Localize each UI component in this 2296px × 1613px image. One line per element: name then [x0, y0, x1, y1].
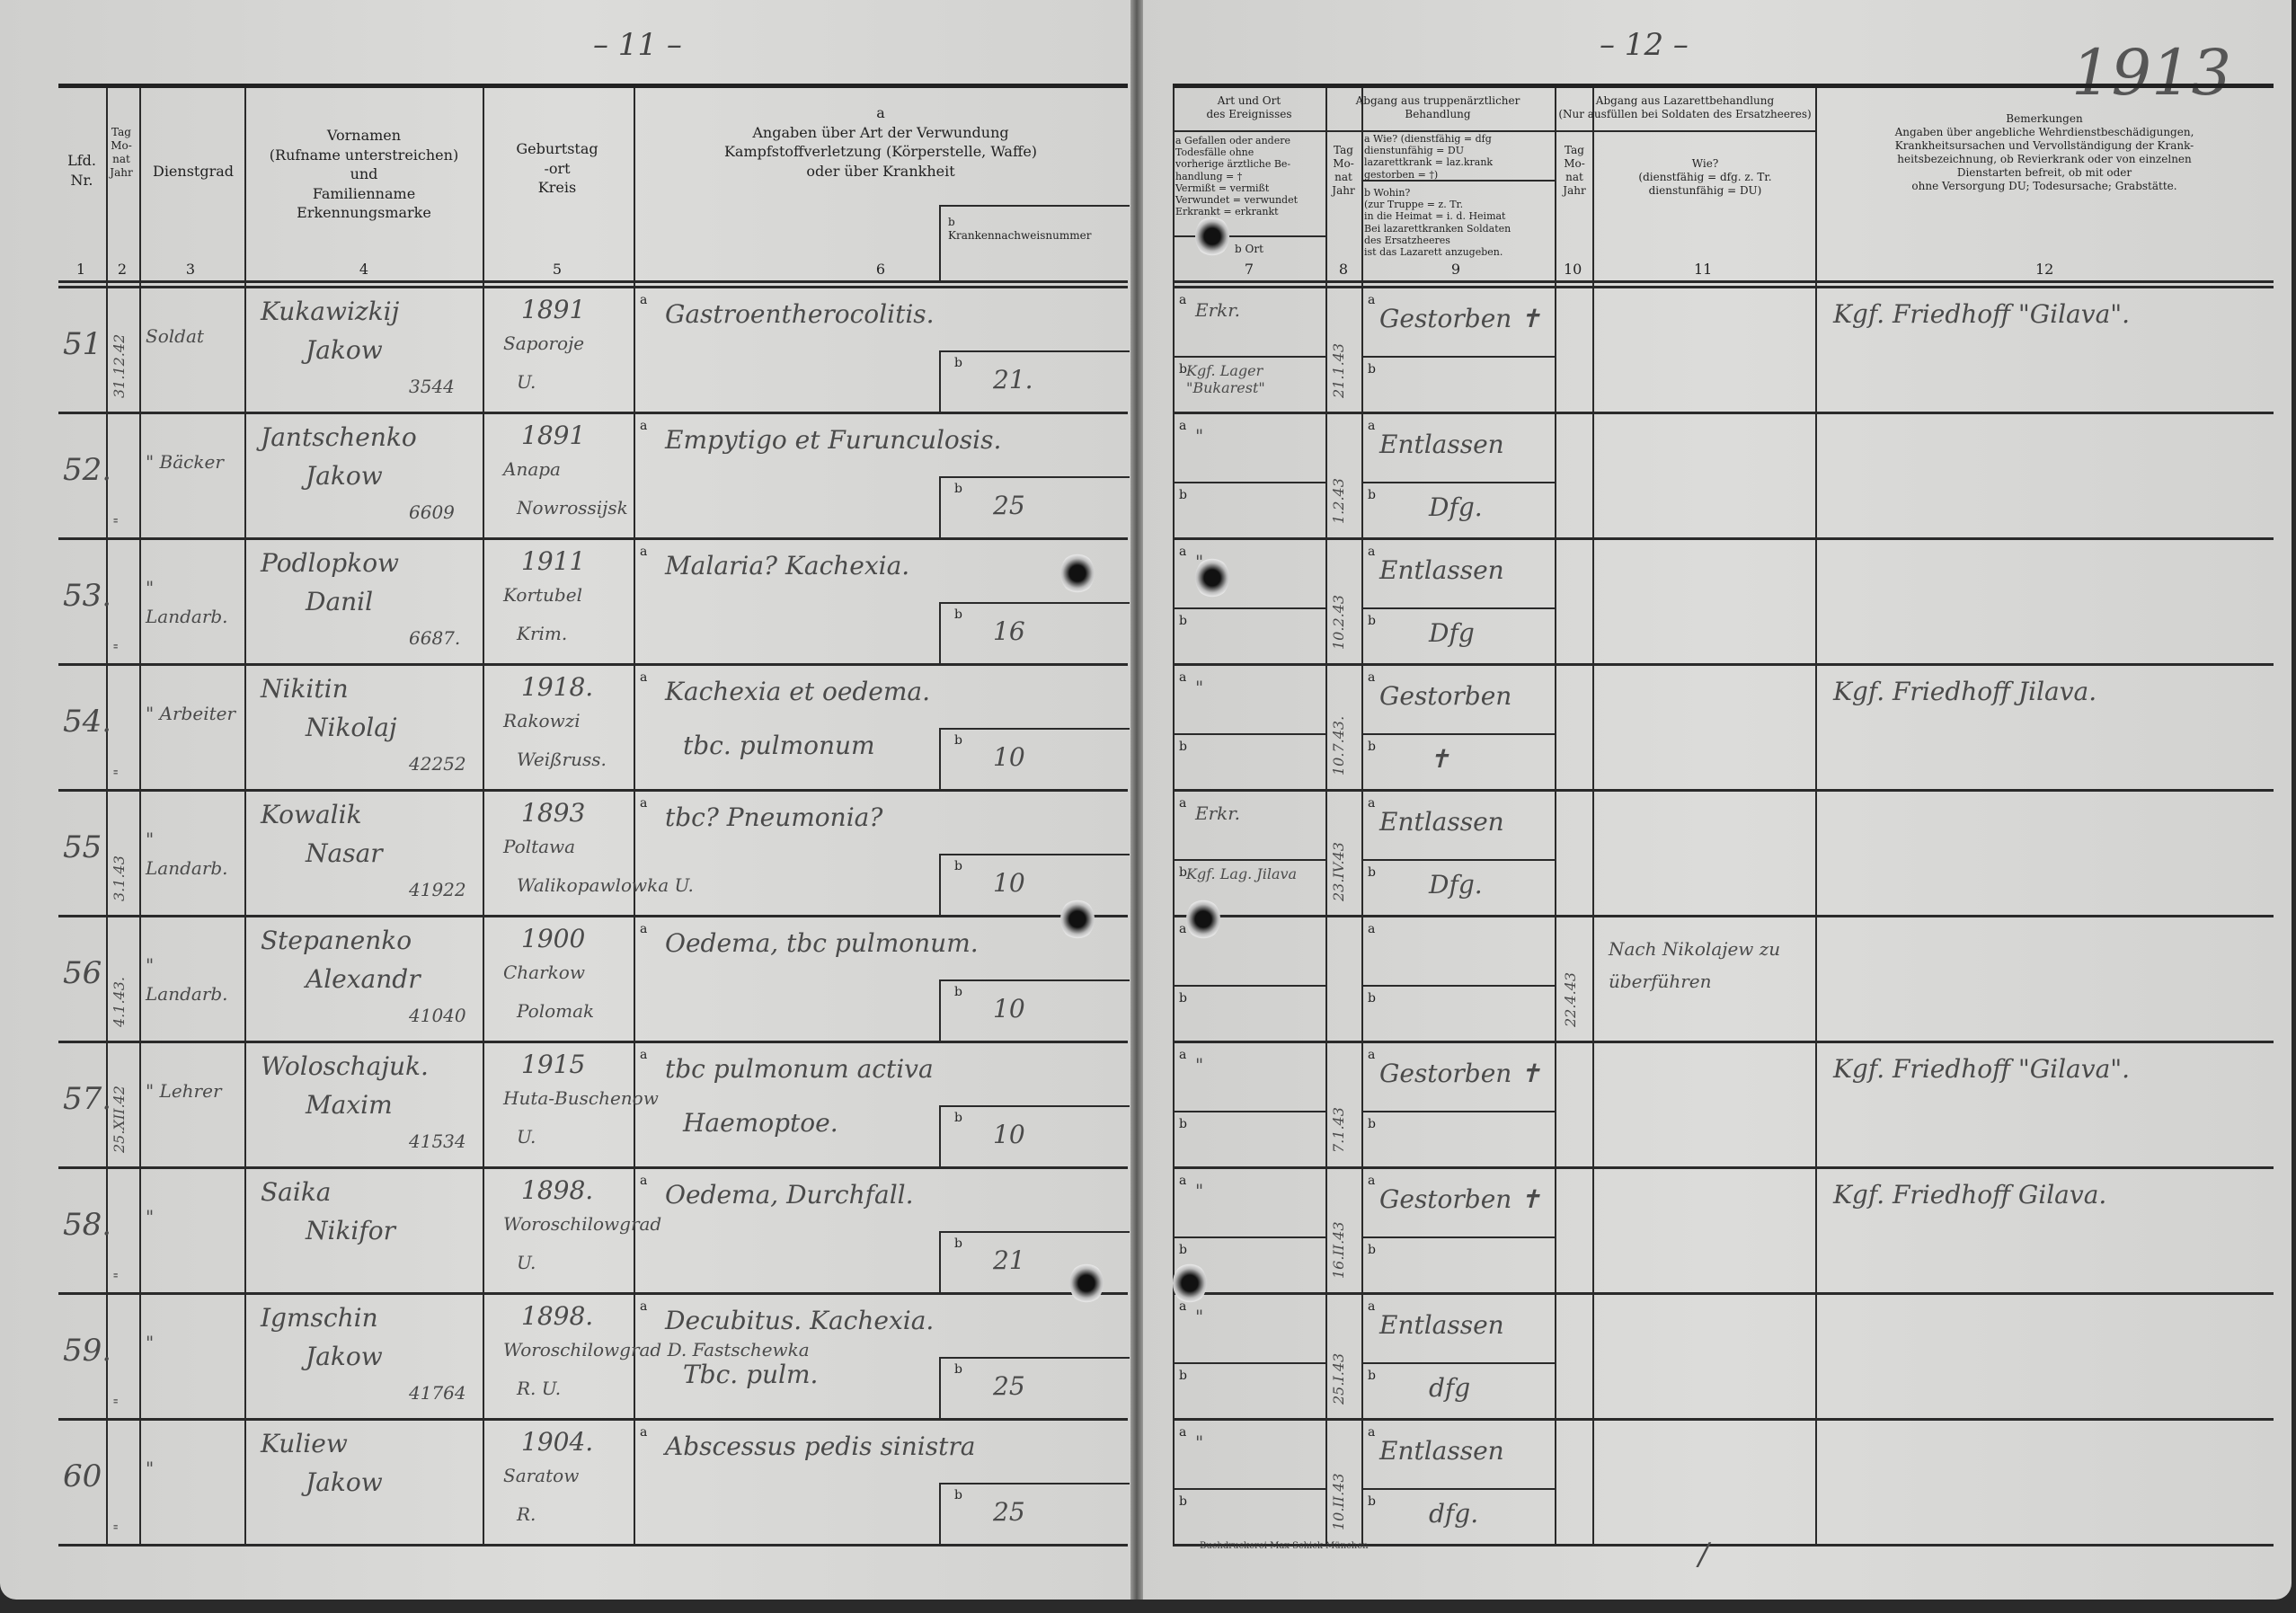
cell-split [1173, 1488, 1325, 1490]
entry-date: 31.12.42 [111, 334, 128, 398]
surname: Podlopkow [261, 548, 399, 578]
sub-label-a: a [1179, 670, 1186, 685]
sub-label-b: b [1368, 1494, 1376, 1509]
sub-label-a: a [1179, 293, 1186, 307]
header-col1: Lfd. Nr. [59, 151, 104, 190]
row-number: 60 [63, 1458, 102, 1494]
rank: " Landarb. [146, 825, 240, 882]
header-top-rule-right [1173, 84, 2274, 88]
event-place: Kgf. Lag. Jilava [1186, 865, 1321, 882]
sub-label-a: a [1179, 545, 1186, 559]
sub-label-b: b [954, 859, 962, 873]
header-rule [1173, 130, 1815, 132]
sick-record-number: 21. [993, 365, 1033, 394]
exit-status: Gestorben ✝ [1379, 1184, 1541, 1214]
sub-label-b: b [954, 1111, 962, 1125]
sub-label-b: b [1179, 1243, 1187, 1257]
column-divider [634, 88, 635, 1544]
event-type: " [1195, 1180, 1203, 1201]
row-rule [1173, 915, 2274, 917]
exit-date: 7.1.43 [1330, 1107, 1347, 1153]
column-divider [139, 88, 141, 1544]
identity-tag: 41040 [409, 1005, 466, 1026]
header-col5: Geburtstag-ortKreis [485, 139, 629, 198]
column-number: 7 [1240, 261, 1258, 278]
cell-split [1361, 733, 1555, 735]
event-type: Erkr. [1195, 299, 1240, 321]
sub-label-a: a [1368, 796, 1375, 811]
exit-date: 25.I.43 [1330, 1353, 1347, 1405]
column-divider [1325, 88, 1327, 1544]
cell-split [1361, 1111, 1555, 1112]
rank: Soldat [146, 322, 240, 350]
district: Weißruss. [517, 749, 607, 770]
column-number: 10 [1564, 261, 1582, 278]
punch-hole [1186, 899, 1220, 940]
birth-place: Saporoje [503, 332, 584, 354]
event-type: " [1195, 425, 1203, 447]
birth-place: Charkow [503, 962, 585, 983]
entry-date: 3.1.43 [111, 855, 128, 901]
book-gutter [1130, 0, 1143, 1600]
sub-label-b: b [1368, 865, 1376, 880]
diagnosis-secondary: Tbc. pulm. [683, 1360, 818, 1389]
birth-year: 1893 [521, 798, 585, 828]
column-number: 11 [1694, 261, 1712, 278]
sub-label-b: b [1179, 1117, 1187, 1131]
sub-label-b: b [954, 733, 962, 748]
exit-date: 10.7.43. [1330, 716, 1347, 775]
birth-year: 1904. [521, 1427, 593, 1457]
rank: " Landarb. [146, 951, 240, 1008]
column-divider [483, 88, 484, 1544]
header-col4: Vornamen(Rufname unterstreichen)undFamil… [247, 126, 481, 223]
sick-record-number: 10 [993, 868, 1025, 898]
cell-split [1173, 482, 1325, 483]
header-col7-title: Art und Ortdes Ereignisses [1173, 94, 1325, 121]
column-number: 4 [355, 261, 373, 278]
sick-record-number: 10 [993, 742, 1025, 772]
diagnosis: Decubitus. Kachexia. [665, 1306, 934, 1335]
diagnosis: Kachexia et oedema. [665, 677, 930, 706]
identity-tag: 42252 [409, 753, 466, 775]
district: U. [517, 371, 536, 393]
header-col11: Wie?(dienstfähig = dfg. z. Tr.dienstunfä… [1595, 157, 1815, 198]
birth-year: 1915 [521, 1050, 585, 1079]
birth-place: Rakowzi [503, 710, 581, 731]
sub-label-a: a [640, 1299, 647, 1314]
column-divider [244, 88, 246, 1544]
sub-label-b: b [1368, 740, 1376, 754]
header-col6b: bKrankennachweisnummer [948, 216, 1119, 243]
exit-date: 10.2.43 [1330, 595, 1347, 650]
exit-status: Entlassen [1379, 807, 1504, 837]
sick-record-number: 10 [993, 1120, 1025, 1149]
column-divider [1173, 88, 1175, 1544]
sub-label-a: a [1368, 293, 1375, 307]
district: Krim. [517, 623, 567, 644]
exit-destination: Dfg. [1429, 492, 1483, 522]
column-number: 3 [182, 261, 199, 278]
kn-box [939, 979, 1130, 1042]
sick-record-number: 10 [993, 994, 1025, 1024]
sub-label-a: a [640, 293, 647, 307]
sub-label-b: b [954, 607, 962, 622]
surname: Woloschajuk. [261, 1051, 429, 1081]
cell-split [1173, 607, 1325, 609]
first-name: Jakow [306, 1342, 383, 1371]
surname: Saika [261, 1177, 332, 1207]
sub-label-b: b [1179, 614, 1187, 628]
entry-date: " [111, 518, 128, 524]
first-name: Danil [306, 587, 373, 616]
sub-label-a: a [1179, 1425, 1186, 1440]
header-top-rule [58, 84, 1128, 88]
rank: " [146, 1328, 240, 1357]
sub-label-b: b [1179, 740, 1187, 754]
row-number: 57. [63, 1081, 111, 1117]
diagnosis: Gastroentherocolitis. [665, 299, 935, 329]
diagnosis: tbc? Pneumonia? [665, 802, 882, 832]
punch-hole [1060, 899, 1095, 940]
birth-place: Kortubel [503, 584, 582, 606]
entry-date: 4.1.43. [111, 977, 128, 1027]
sub-label-b: b [1179, 991, 1187, 1006]
kn-box [939, 1483, 1130, 1546]
right-page-number: – 12 – [1600, 27, 1689, 63]
left-page-number: – 11 – [593, 27, 682, 63]
first-name: Jakow [306, 461, 383, 491]
footer-mark: / [1698, 1537, 1708, 1573]
cell-split [1361, 859, 1555, 861]
exit-status: Entlassen [1379, 1310, 1504, 1340]
surname: Stepanenko [261, 926, 412, 955]
event-type: " [1195, 1306, 1203, 1327]
row-rule [1173, 286, 2274, 288]
column-number: 12 [2035, 261, 2053, 278]
exit-date: 1.2.43 [1330, 478, 1347, 524]
sub-label-a: a [1368, 922, 1375, 936]
surname: Igmschin [261, 1303, 378, 1333]
sub-label-b: b [1179, 1369, 1187, 1383]
surname: Nikitin [261, 674, 349, 704]
remarks: Kgf. Friedhoff Gilava. [1833, 1180, 2256, 1210]
exit-status: Entlassen [1379, 430, 1504, 459]
sub-label-a: a [1179, 922, 1186, 936]
first-name: Nasar [306, 838, 383, 868]
diagnosis: Empytigo et Furunculosis. [665, 425, 1001, 455]
row-rule [1173, 789, 2274, 792]
cell-split [1173, 985, 1325, 987]
birth-place: Woroschilowgrad [503, 1213, 661, 1235]
header-col8: TagMo-natJahr [1325, 144, 1361, 198]
column-divider [1361, 88, 1363, 1544]
district: R. [517, 1503, 536, 1525]
sub-label-a: a [1179, 419, 1186, 433]
sub-label-a: a [640, 670, 647, 685]
column-number: 6 [872, 261, 890, 278]
sub-label-a: a [1368, 419, 1375, 433]
column-divider [1815, 88, 1817, 1544]
header-col9a: a Wie? (dienstfähig = dfgdienstunfähig =… [1364, 133, 1553, 181]
birth-year: 1911 [521, 546, 585, 576]
district: Nowrossijsk [517, 497, 628, 518]
rank: " Lehrer [146, 1077, 240, 1105]
sub-label-a: a [1368, 1048, 1375, 1062]
hospital-exit-how: Nach Nikolajew zu überführen [1609, 933, 1806, 997]
identity-tag: 6687. [409, 627, 460, 649]
birth-year: 1891 [521, 421, 585, 450]
exit-destination: Dfg [1429, 618, 1475, 648]
exit-destination: dfg [1429, 1373, 1470, 1403]
entry-date: " [111, 1524, 128, 1530]
header-col2: TagMo-natJahr [108, 126, 135, 180]
sub-label-a: a [640, 1425, 647, 1440]
birth-year: 1918. [521, 672, 593, 702]
district: U. [517, 1126, 536, 1148]
row-number: 54. [63, 704, 111, 740]
sub-label-b: b [1179, 488, 1187, 502]
entry-date: " [111, 643, 128, 650]
row-number: 58. [63, 1207, 111, 1243]
birth-place: Huta-Buschenow [503, 1087, 659, 1109]
row-rule [1173, 1041, 2274, 1043]
sub-label-b: b [954, 1362, 962, 1377]
surname: Kukawizkij [261, 297, 399, 326]
row-number: 51 [63, 326, 102, 362]
birth-place: Saratow [503, 1465, 579, 1486]
sub-label-b: b [1368, 1243, 1376, 1257]
sub-label-b: b [1368, 1369, 1376, 1383]
sick-record-number: 16 [993, 616, 1025, 646]
entry-date: " [111, 1398, 128, 1405]
identity-tag: 3544 [409, 376, 455, 397]
rank: " [146, 1454, 240, 1483]
entry-date: " [111, 769, 128, 775]
surname: Kuliew [261, 1429, 348, 1458]
row-rule [1173, 1292, 2274, 1295]
sub-label-a: a [1368, 1425, 1375, 1440]
sub-label-a: a [640, 922, 647, 936]
sub-label-a: a [1179, 1174, 1186, 1188]
cell-split [1361, 1488, 1555, 1490]
printer-imprint: Buchdruckerei Max Schick München [1200, 1541, 1369, 1551]
entry-date: 25.XII.42 [111, 1086, 128, 1153]
sub-label-a: a [1179, 796, 1186, 811]
exit-status: Gestorben ✝ [1379, 1059, 1541, 1088]
sub-label-b: b [1368, 991, 1376, 1006]
kn-box [939, 854, 1130, 917]
exit-date: 23.IV.43 [1330, 842, 1347, 901]
exit-status: Entlassen [1379, 1436, 1504, 1466]
header-col7-legend: a Gefallen oder andereTodesfälle ohnevor… [1175, 135, 1328, 217]
birth-year: 1898. [521, 1301, 593, 1331]
exit-status: Gestorben [1379, 681, 1511, 711]
diagnosis: Abscessus pedis sinistra [665, 1431, 975, 1461]
punch-hole [1173, 1263, 1207, 1304]
birth-place: Anapa [503, 458, 561, 480]
first-name: Jakow [306, 335, 383, 365]
identity-tag: 41922 [409, 879, 466, 900]
cell-split [1173, 1362, 1325, 1364]
first-name: Jakow [306, 1467, 383, 1497]
row-number: 52. [63, 452, 111, 488]
column-number: 2 [113, 261, 131, 278]
cell-split [1361, 1362, 1555, 1364]
diagnosis: Oedema, Durchfall. [665, 1180, 914, 1210]
rank: " Arbeiter [146, 699, 240, 728]
right-page [1139, 0, 2292, 1600]
event-type: " [1195, 1054, 1203, 1076]
cell-split [1173, 1236, 1325, 1238]
cell-split [1173, 1111, 1325, 1112]
cell-split [1361, 1236, 1555, 1238]
cell-split [1173, 733, 1325, 735]
sub-label-b: b [1179, 1494, 1187, 1509]
column-divider [1555, 88, 1556, 1544]
cell-split [1361, 356, 1555, 358]
punch-hole [1195, 216, 1229, 257]
header-col6a: aAngaben über Art der VerwundungKampfsto… [638, 103, 1123, 181]
identity-tag: 41764 [409, 1382, 466, 1404]
sick-record-number: 25 [993, 1371, 1025, 1401]
sub-label-b: b [954, 1488, 962, 1502]
header-col89-title: Abgang aus truppenärztlicherBehandlung [1325, 94, 1550, 121]
surname: Jantschenko [261, 422, 417, 452]
sub-label-b: b [954, 356, 962, 370]
district: Walikopawlowka U. [517, 874, 694, 896]
sub-label-a: a [1368, 1174, 1375, 1188]
district: U. [517, 1252, 536, 1273]
cell-split [1361, 985, 1555, 987]
diagnosis-secondary: Haemoptoe. [683, 1108, 838, 1138]
exit-status: Entlassen [1379, 555, 1504, 585]
sub-label-a: a [640, 1048, 647, 1062]
header-col10: TagMo-natJahr [1556, 144, 1592, 198]
district: Polomak [517, 1000, 594, 1022]
remarks: Kgf. Friedhoff "Gilava". [1833, 299, 2256, 329]
kn-box [939, 602, 1130, 665]
row-number: 56 [63, 955, 102, 991]
row-number: 53. [63, 578, 111, 614]
sick-record-number: 25 [993, 491, 1025, 520]
event-place: Kgf. Lager "Bukarest" [1186, 362, 1321, 396]
birth-year: 1898. [521, 1175, 593, 1205]
sub-label-a: a [640, 419, 647, 433]
corner-mark: 1913 [2071, 36, 2231, 110]
sub-label-a: a [640, 796, 647, 811]
district: R. U. [517, 1378, 561, 1399]
cell-split [1361, 482, 1555, 483]
exit-destination: dfg. [1429, 1499, 1478, 1529]
row-rule [1173, 1418, 2274, 1421]
column-number: 5 [548, 261, 566, 278]
hospital-exit-date: 22.4.43 [1562, 972, 1579, 1027]
column-number: 8 [1334, 261, 1352, 278]
event-type: " [1195, 677, 1203, 698]
row-number: 55 [63, 829, 102, 865]
row-rule [58, 286, 1128, 288]
first-name: Nikolaj [306, 713, 397, 742]
sick-record-number: 25 [993, 1497, 1025, 1527]
punch-hole [1195, 557, 1229, 598]
identity-tag: 6609 [409, 501, 455, 523]
exit-destination: ✝ [1429, 744, 1449, 774]
identity-tag: 41534 [409, 1130, 466, 1152]
entry-date: " [111, 1272, 128, 1279]
column-number: 1 [72, 261, 90, 278]
sick-record-number: 21 [993, 1245, 1025, 1275]
rank: " Landarb. [146, 573, 240, 631]
diagnosis: Malaria? Kachexia. [665, 551, 909, 581]
kn-box [939, 728, 1130, 791]
sub-label-b: b [954, 1236, 962, 1251]
sub-label-b: b [954, 985, 962, 999]
sub-label-b: b [1368, 614, 1376, 628]
exit-date: 16.II.43 [1330, 1221, 1347, 1279]
birth-place: Poltawa [503, 836, 575, 857]
surname: Kowalik [261, 800, 362, 829]
diagnosis: Oedema, tbc pulmonum. [665, 928, 979, 958]
sub-label-a: a [1368, 670, 1375, 685]
sub-label-b: b [1368, 1117, 1376, 1131]
sub-label-a: a [1368, 545, 1375, 559]
diagnosis-secondary: tbc. pulmonum [683, 731, 875, 760]
remarks: Kgf. Friedhoff "Gilava". [1833, 1054, 2256, 1084]
sub-label-b: b [1368, 488, 1376, 502]
sub-label-a: a [640, 1174, 647, 1188]
kn-box [939, 1357, 1130, 1420]
row-rule [1173, 537, 2274, 540]
column-divider [1592, 88, 1594, 1544]
exit-date: 10.II.43 [1330, 1473, 1347, 1530]
row-rule [1173, 1166, 2274, 1169]
rank: " [146, 1202, 240, 1231]
punch-hole [1060, 553, 1095, 594]
sub-label-a: a [1179, 1048, 1186, 1062]
cell-split [1173, 859, 1325, 861]
row-number: 59. [63, 1333, 111, 1369]
sub-label-a: a [640, 545, 647, 559]
sub-label-a: a [1368, 1299, 1375, 1314]
column-divider [106, 88, 108, 1544]
remarks: Kgf. Friedhoff Jilava. [1833, 677, 2256, 706]
kn-box [939, 350, 1130, 413]
row-rule [1173, 663, 2274, 666]
first-name: Alexandr [306, 964, 421, 994]
header-bottom-rule-right [1173, 280, 2274, 283]
column-number: 9 [1447, 261, 1465, 278]
rank: " Bäcker [146, 448, 240, 476]
header-col3: Dienstgrad [144, 162, 243, 182]
event-type: Erkr. [1195, 802, 1240, 824]
header-col9b: b Wohin?(zur Truppe = z. Tr.in die Heima… [1364, 187, 1553, 258]
punch-hole [1069, 1263, 1104, 1304]
birth-year: 1900 [521, 924, 585, 953]
sub-label-b: b [954, 482, 962, 496]
first-name: Nikifor [306, 1216, 395, 1245]
header-col12: BemerkungenAngaben über angebliche Wehrd… [1815, 112, 2274, 193]
exit-status: Gestorben ✝ [1379, 304, 1541, 333]
cell-split [1173, 356, 1325, 358]
exit-destination: Dfg. [1429, 870, 1483, 900]
diagnosis: tbc pulmonum activa [665, 1054, 934, 1084]
birth-place: Woroschilowgrad D. Fastschewka [503, 1339, 810, 1360]
first-name: Maxim [306, 1090, 393, 1120]
sub-label-b: b [1368, 362, 1376, 377]
event-type: " [1195, 1431, 1203, 1453]
exit-date: 21.1.43 [1330, 343, 1347, 398]
